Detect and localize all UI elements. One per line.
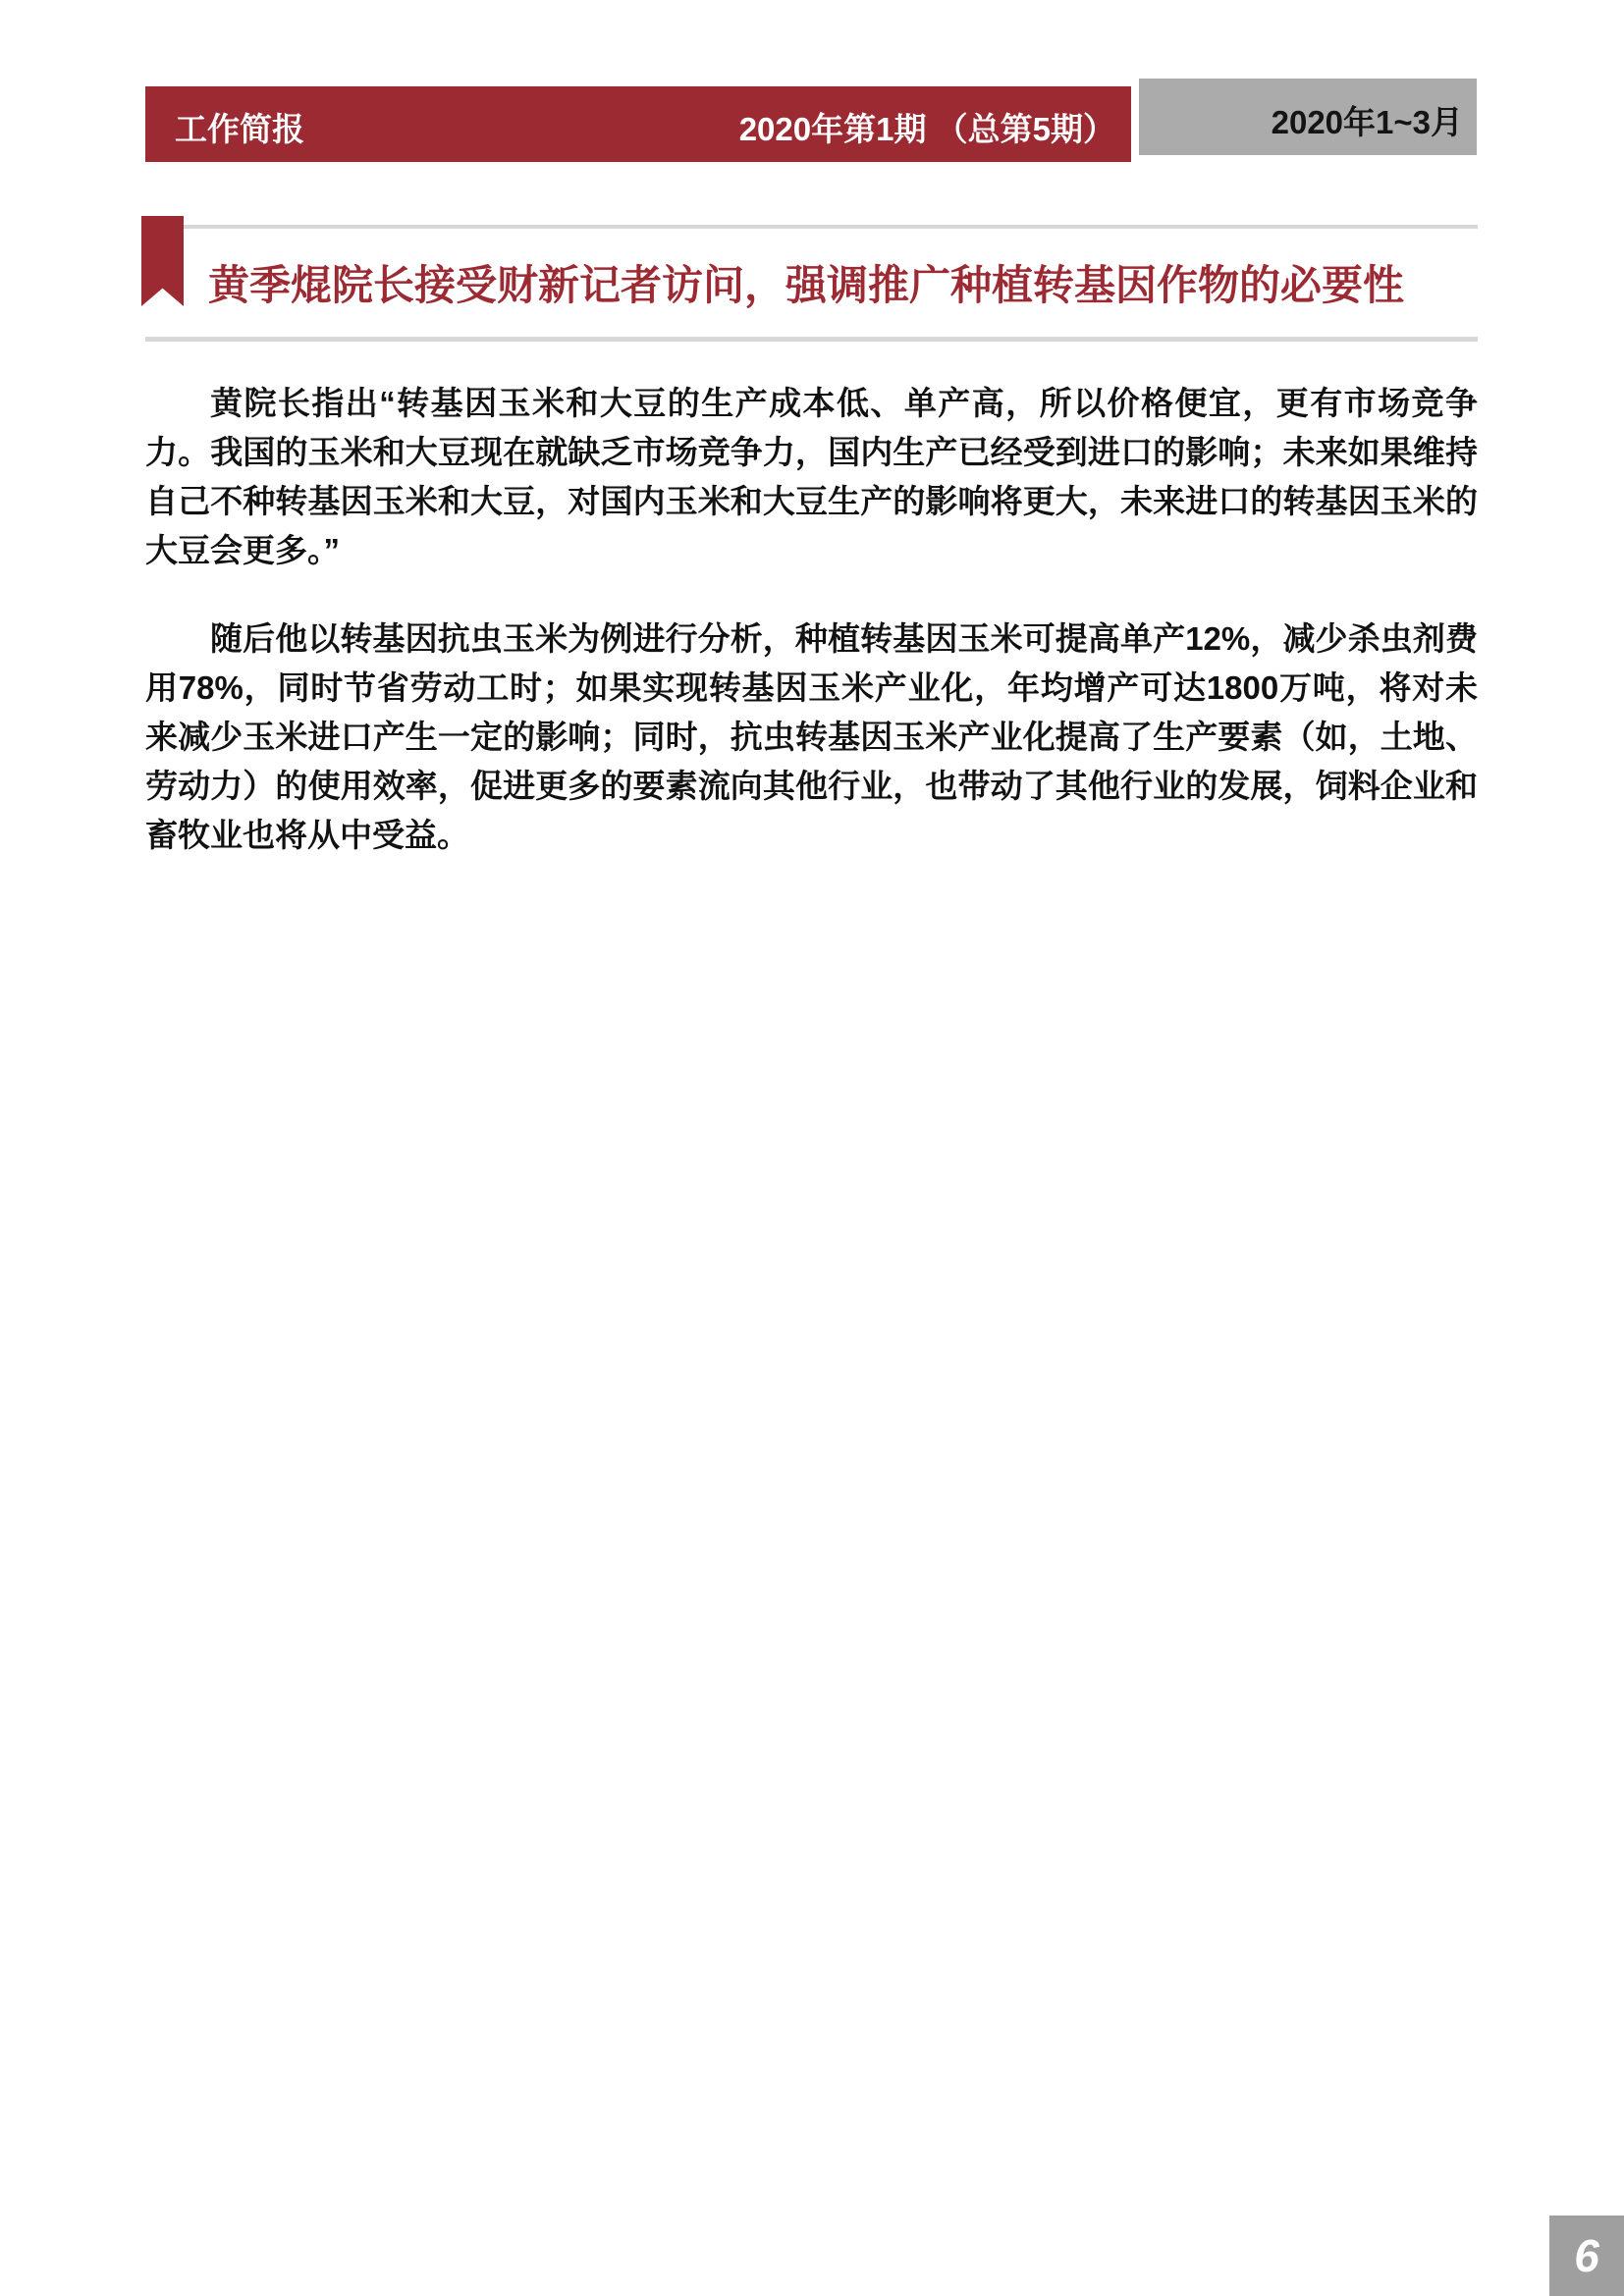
page-number-badge: 6 <box>1549 2216 1624 2296</box>
period-label: 2020年1~3月 <box>1272 97 1463 143</box>
section-title: 黄季焜院长接受财新记者访问，强调推广种植转基因作物的必要性 <box>145 253 1404 312</box>
section-heading: 黄季焜院长接受财新记者访问，强调推广种植转基因作物的必要性 <box>145 225 1478 342</box>
paragraph: 黄院长指出“转基因玉米和大豆的生产成本低、单产高，所以价格便宜，更有市场竞争力。… <box>145 379 1478 575</box>
paragraph: 随后他以转基因抗虫玉米为例进行分析，种植转基因玉米可提高单产12%，减少杀虫剂费… <box>145 614 1478 860</box>
bulletin-title: 工作简报 <box>175 104 304 150</box>
page-number: 6 <box>1574 2229 1599 2282</box>
header-red-bar: 工作简报 2020年第1期 （总第5期） <box>145 86 1131 162</box>
header-gray-bar: 2020年1~3月 <box>1139 79 1477 155</box>
bulletin-page: 工作简报 2020年第1期 （总第5期） 2020年1~3月 黄季焜院长接受财新… <box>0 0 1624 2296</box>
article-body: 黄院长指出“转基因玉米和大豆的生产成本低、单产高，所以价格便宜，更有市场竞争力。… <box>145 379 1478 899</box>
issue-label: 2020年第1期 （总第5期） <box>739 104 1115 150</box>
